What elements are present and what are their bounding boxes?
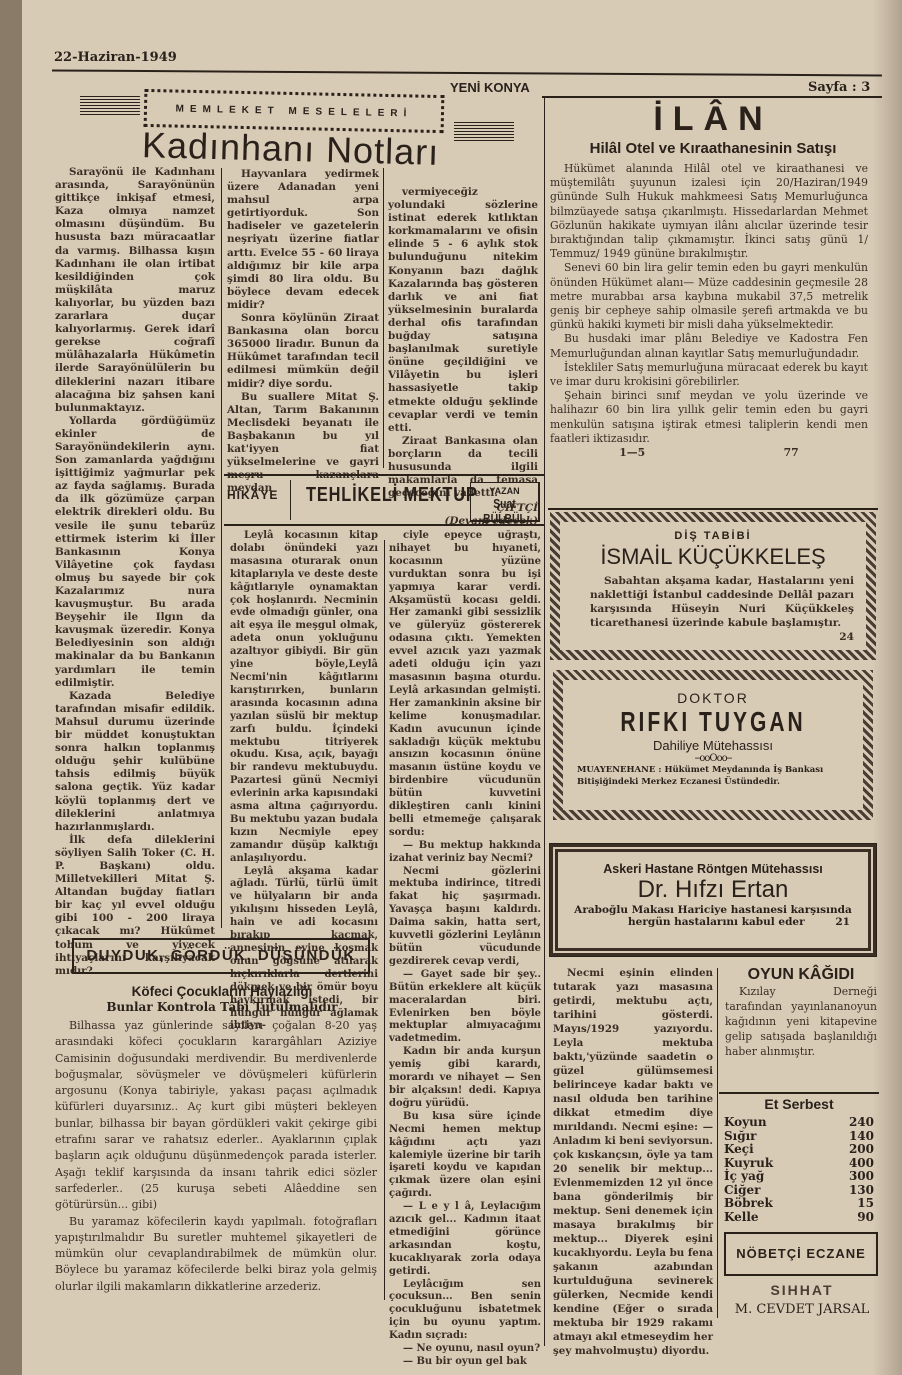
story-column-2: ciyle epeyce uğraştı, nihayet bu hıyanet…: [389, 530, 541, 1369]
decorative-lines-right: [454, 122, 514, 142]
story-author: Suat BÜLBÜL: [478, 496, 532, 526]
duyduk-headline: Köfeci Çocukların Haylazlığı: [62, 984, 382, 999]
newspaper-page: 22-Haziran-1949 YENİ KONYA Sayfa : 3 MEM…: [22, 0, 902, 1375]
duyduk-banner-box: DUYDUK, GÖRDÜK, DÜŞÜNDÜK: [72, 938, 370, 974]
paragraph: — L e y l â, Leylacığım azıcık gel... Ka…: [389, 1201, 541, 1278]
paragraph: vermiyeceğiz yolundaki sözlerine istinat…: [388, 186, 538, 435]
doktor-specialty: Dahiliye Mütehassısı: [563, 738, 863, 753]
paragraph: Kadın bir anda kurşun yemiş gibi karardı…: [389, 1046, 541, 1111]
paragraph: Bu husdaki imar plânı Belediye ve Kadost…: [550, 332, 868, 360]
ilan-subtitle: Hilâl Otel ve Kıraathanesinin Satışı: [548, 140, 878, 157]
meat-item: Böbrek: [724, 1197, 773, 1211]
ilan-body: Hükümet alanında Hilâl otel ve kiraathan…: [550, 162, 868, 460]
paragraph: ciyle epeyce uğraştı, nihayet bu hıyanet…: [389, 530, 541, 840]
price-row: Kelle90: [724, 1211, 874, 1225]
dis-tabibi-name: İSMAİL KÜÇÜKKELEŞ: [560, 544, 866, 570]
meat-price: 240: [849, 1116, 874, 1130]
rontgen-name: Dr. Hıfzı Ertan: [558, 876, 868, 904]
doktor-name: RIFKI TUYGAN: [601, 706, 826, 738]
story-label: HİKÂYE: [227, 488, 278, 502]
kadinhani-column-1: Sarayönü ile Kadınhanı arasında, Sarayön…: [55, 166, 215, 978]
price-row: İç yağ300: [724, 1170, 874, 1184]
paragraph: Sabahtan akşama kadar, Hastalarını yeni …: [590, 574, 854, 630]
nobetci-eczane-box: NÖBETÇİ ECZANE: [724, 1232, 878, 1276]
price-row: Sığır140: [724, 1130, 874, 1144]
oyun-kagidi-text: Kızılay Derneği tarafından yayınlananoyu…: [721, 984, 881, 1059]
paragraph: Bu kısa süre içinde Necmi hemen mektup k…: [389, 1111, 541, 1201]
meat-price: 130: [849, 1184, 874, 1198]
duyduk-body: Bilhassa yaz günlerinde sayıları çoğalan…: [55, 1018, 377, 1295]
price-row: Ciğer130: [724, 1184, 874, 1198]
price-row: Keçi200: [724, 1143, 874, 1157]
paragraph: — Bu mektup hakkında izahat veriniz bay …: [389, 840, 541, 866]
duyduk-subhead: Bunlar Kontrola Tâbi Tutulmalıdır: [62, 1000, 382, 1014]
paragraph: Necmi gözlerini mektuba indirince, titre…: [389, 866, 541, 969]
doktor-ad: DOKTOR RIFKI TUYGAN Dahiliye Mütehassısı…: [553, 670, 873, 820]
et-serbest-table: Et Serbest Koyun240Sığır140Keçi200Kuyruk…: [724, 1096, 874, 1224]
paragraph: — Gayet sade bir şey.. Bütün erkeklere a…: [389, 969, 541, 1046]
page-number: Sayfa : 3: [808, 80, 870, 95]
paragraph: Senevi 60 bin lira gelir temin eden bu g…: [550, 261, 868, 332]
pharmacy-name: SIHHAT: [722, 1282, 882, 1298]
page-column-divider: [544, 96, 545, 1346]
paragraph: Yollarda gördüğümüz ekinler de Sarayönün…: [55, 415, 215, 690]
meat-item: İç yağ: [724, 1170, 764, 1184]
rontgen-ad: Askeri Hastane Röntgen Mütehassısı Dr. H…: [550, 844, 876, 956]
dis-tabibi-text: Sabahtan akşama kadar, Hastalarını yeni …: [590, 574, 854, 644]
ilan-ad: İLÂN Hilâl Otel ve Kıraathanesinin Satış…: [548, 100, 878, 510]
price-list: Koyun240Sığır140Keçi200Kuyruk400İç yağ30…: [724, 1116, 874, 1224]
paragraph: Sarayönü ile Kadınhanı arasında, Sarayön…: [55, 166, 215, 415]
duyduk-banner: DUYDUK, GÖRDÜK, DÜŞÜNDÜK: [74, 947, 368, 964]
column-divider: [384, 540, 385, 1300]
ilan-ref: 1—5: [619, 446, 645, 460]
dis-tabibi-ad: DİŞ TABİBİ İSMAİL KÜÇÜKKELEŞ Sabahtan ak…: [550, 512, 876, 660]
price-row: Kuyruk400: [724, 1157, 874, 1171]
paragraph: Kızılay Derneği tarafından yayınlananoyu…: [725, 984, 877, 1059]
meat-item: Ciğer: [724, 1184, 760, 1198]
ornament: --ooOoo--: [563, 753, 863, 764]
column-divider: [383, 168, 384, 468]
story-rule: [224, 524, 544, 526]
oyun-kagidi-title: OYUN KÂĞIDI: [721, 966, 881, 984]
et-serbest-title: Et Serbest: [724, 1096, 874, 1112]
rontgen-text-1: Araboğlu Makası Hariciye hastanesi karşı…: [558, 904, 868, 916]
meat-item: Keçi: [724, 1143, 754, 1157]
column-divider: [717, 968, 718, 1318]
paragraph: — Bu bir oyun gel bak: [389, 1356, 541, 1369]
meat-price: 200: [849, 1143, 874, 1157]
paragraph: Hayvanlara yedirmek üzere Adanadan yeni …: [227, 168, 379, 312]
meat-item: Kuyruk: [724, 1157, 773, 1171]
meat-item: Kelle: [724, 1211, 759, 1225]
decorative-lines-left: [80, 96, 140, 116]
ilan-number: 77: [784, 446, 799, 460]
story-top-rule: [224, 474, 544, 476]
byline-label: YAZAN: [471, 486, 538, 496]
header-rule: [52, 69, 882, 76]
paragraph: Hükümet alanında Hilâl otel ve kiraathan…: [550, 162, 868, 261]
dis-tabibi-label: DİŞ TABİBİ: [560, 530, 866, 542]
doktor-address: MUAYENEHANE : Hükümet Meydanında İş Bank…: [577, 764, 853, 788]
rontgen-text-2: hergün hastalarını kabul eder: [628, 916, 805, 928]
price-row: Böbrek15: [724, 1197, 874, 1211]
rule: [719, 1092, 879, 1094]
meat-item: Sığır: [724, 1130, 757, 1144]
paragraph: Bu yaramaz köfecilerin kaydı yapılmalı. …: [55, 1214, 377, 1295]
paragraph: İstekliler Satış memurluğuna müracaat ed…: [550, 361, 868, 389]
rule: [548, 508, 878, 510]
meat-price: 300: [849, 1170, 874, 1184]
doktor-label: DOKTOR: [563, 690, 863, 706]
nobetci-eczane-title: NÖBETÇİ ECZANE: [726, 1246, 876, 1261]
newspaper-name: YENİ KONYA: [450, 80, 530, 95]
story-column-3: Necmi eşinin elinden tutarak yazı masası…: [553, 966, 713, 1358]
pharmacy-owner: M. CEVDET JARSAL: [722, 1302, 882, 1317]
ilan-title: İLÂN: [548, 100, 878, 139]
meat-price: 140: [849, 1130, 874, 1144]
divider: [290, 480, 291, 520]
right-header-rule: [542, 96, 882, 98]
kadinhani-column-3: vermiyeceğiz yolundaki sözlerine istinat…: [388, 186, 538, 528]
meat-price: 90: [857, 1211, 874, 1225]
column-divider: [221, 168, 222, 928]
paragraph: Sonra köylünün Ziraat Bankasına olan bor…: [227, 312, 379, 391]
meat-price: 15: [857, 1197, 874, 1211]
rontgen-label: Askeri Hastane Röntgen Mütehassısı: [558, 862, 868, 876]
paragraph: Bilhassa yaz günlerinde sayıları çoğalan…: [55, 1018, 377, 1214]
paragraph: Leylâcığım sen çocuksun... Ben senin çoc…: [389, 1279, 541, 1344]
byline-box: YAZAN Suat BÜLBÜL: [470, 482, 540, 522]
paragraph: Leylâ kocasının kitap dolabı önündeki ya…: [230, 530, 378, 866]
oyun-kagidi-box: OYUN KÂĞIDI Kızılay Derneği tarafından y…: [721, 966, 881, 1059]
paragraph: Bu suallere Mitat Ş. Altan, Tarım Bakanı…: [227, 391, 379, 496]
ad-number: 24: [590, 630, 854, 644]
meat-item: Koyun: [724, 1116, 767, 1130]
paragraph: Kazada Belediye tarafından misafir edild…: [55, 690, 215, 834]
kadinhani-column-2: Hayvanlara yedirmek üzere Adanadan yeni …: [227, 168, 379, 495]
paragraph: — Ne oyunu, nasıl oyun?: [389, 1343, 541, 1356]
story-title: TEHLİKELİ MEKTUP: [306, 484, 478, 507]
issue-date: 22-Haziran-1949: [54, 50, 177, 65]
meat-price: 400: [849, 1157, 874, 1171]
ad-number: 21: [835, 916, 850, 928]
paragraph: Şehain birinci sınıf meydan ve yolu üzer…: [550, 389, 868, 446]
paragraph: Necmi eşinin elinden tutarak yazı masası…: [553, 966, 713, 1358]
price-row: Koyun240: [724, 1116, 874, 1130]
